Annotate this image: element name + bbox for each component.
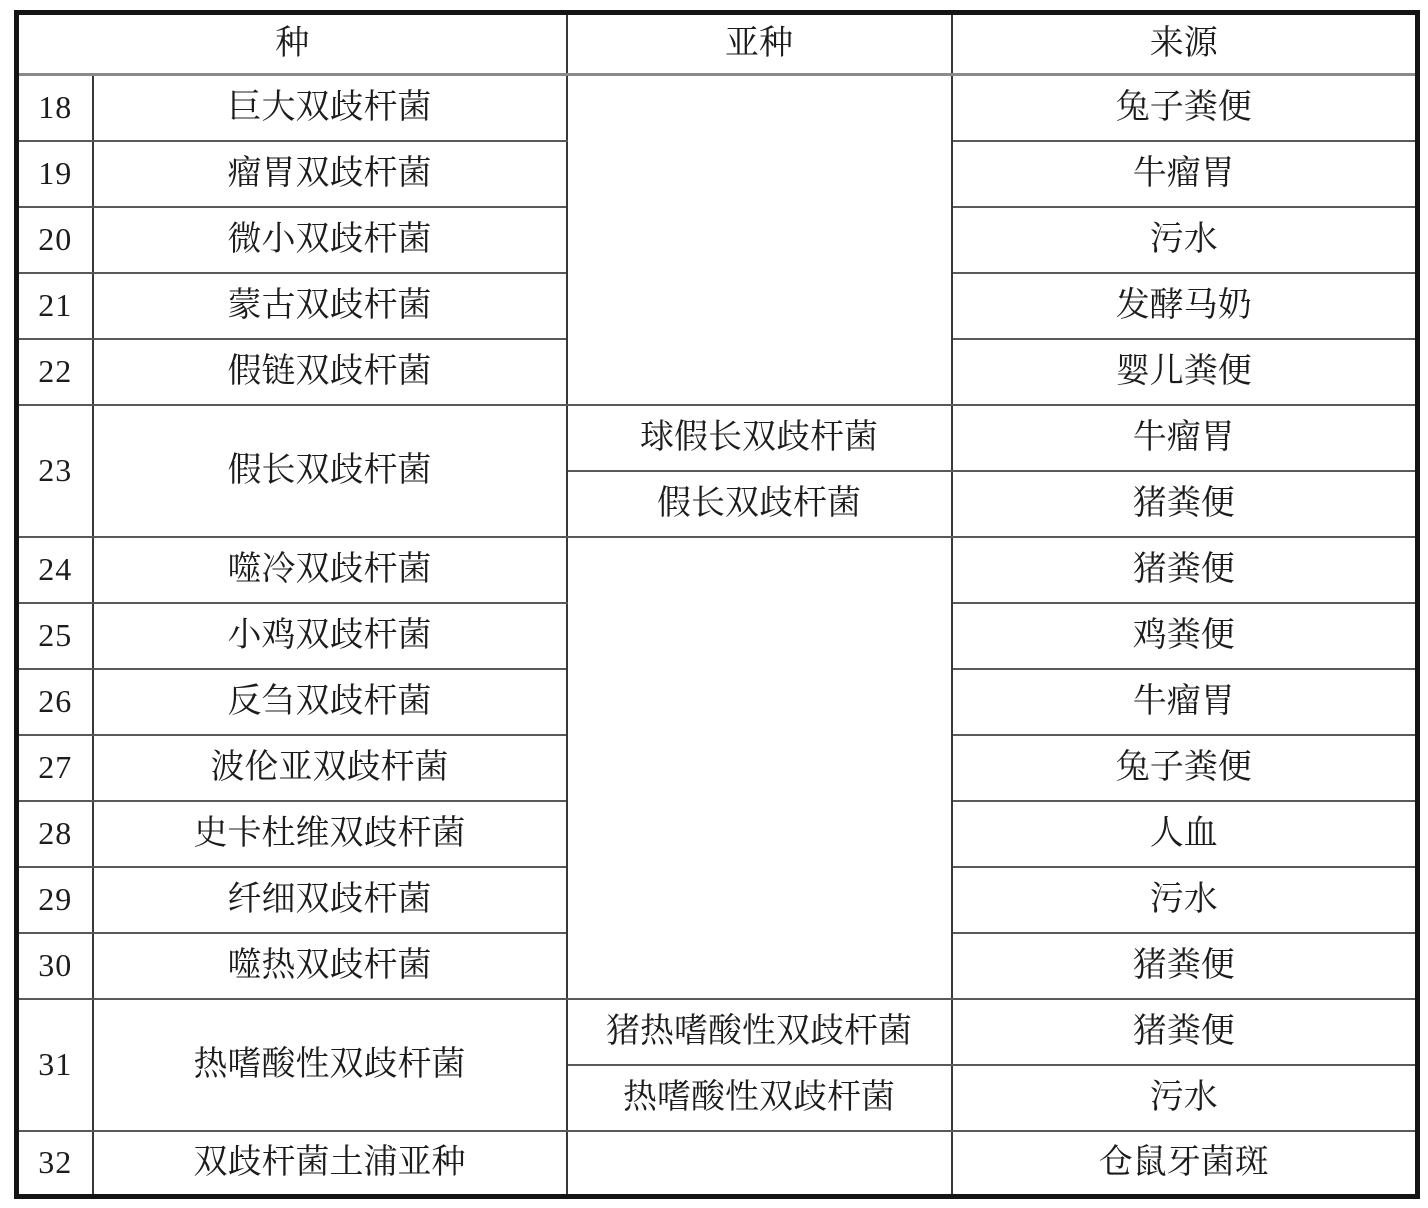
scanned-page: 种 亚种 来源 18 巨大双歧杆菌 兔子粪便 19 瘤胃双歧杆菌 牛瘤胃 20 … [0,0,1428,1208]
bifidobacteria-table: 种 亚种 来源 18 巨大双歧杆菌 兔子粪便 19 瘤胃双歧杆菌 牛瘤胃 20 … [14,10,1420,1199]
table-row: 18 巨大双歧杆菌 兔子粪便 [17,75,1418,141]
source-cell: 牛瘤胃 [952,141,1418,207]
source-cell: 兔子粪便 [952,735,1418,801]
source-cell: 牛瘤胃 [952,405,1418,471]
subspecies-cell: 假长双歧杆菌 [567,471,952,537]
header-row: 种 亚种 来源 [17,13,1418,75]
table-row: 32 双歧杆菌土浦亚种 仓鼠牙菌斑 [17,1131,1418,1197]
row-number-cell: 19 [17,141,93,207]
row-number-cell: 23 [17,405,93,537]
source-cell: 发酵马奶 [952,273,1418,339]
table-row: 31 热嗜酸性双歧杆菌 猪热嗜酸性双歧杆菌 猪粪便 [17,999,1418,1065]
subspecies-cell-empty [567,1131,952,1197]
row-number-cell: 20 [17,207,93,273]
species-cell: 噬冷双歧杆菌 [93,537,567,603]
table-row: 23 假长双歧杆菌 球假长双歧杆菌 牛瘤胃 [17,405,1418,471]
species-cell: 史卡杜维双歧杆菌 [93,801,567,867]
species-cell: 假长双歧杆菌 [93,405,567,537]
species-cell: 噬热双歧杆菌 [93,933,567,999]
source-cell: 猪粪便 [952,537,1418,603]
source-cell: 污水 [952,207,1418,273]
header-subspecies: 亚种 [567,13,952,75]
header-species: 种 [17,13,567,75]
species-cell: 小鸡双歧杆菌 [93,603,567,669]
subspecies-cell: 球假长双歧杆菌 [567,405,952,471]
source-cell: 婴儿粪便 [952,339,1418,405]
row-number-cell: 30 [17,933,93,999]
source-cell: 牛瘤胃 [952,669,1418,735]
source-cell: 猪粪便 [952,471,1418,537]
species-cell: 反刍双歧杆菌 [93,669,567,735]
header-source: 来源 [952,13,1418,75]
row-number-cell: 26 [17,669,93,735]
species-cell: 纤细双歧杆菌 [93,867,567,933]
source-cell: 猪粪便 [952,933,1418,999]
row-number-cell: 32 [17,1131,93,1197]
row-number-cell: 25 [17,603,93,669]
species-cell: 热嗜酸性双歧杆菌 [93,999,567,1131]
row-number-cell: 28 [17,801,93,867]
species-cell: 瘤胃双歧杆菌 [93,141,567,207]
subspecies-cell: 热嗜酸性双歧杆菌 [567,1065,952,1131]
source-cell: 污水 [952,1065,1418,1131]
subspecies-cell-empty [567,537,952,999]
species-cell: 蒙古双歧杆菌 [93,273,567,339]
species-cell: 波伦亚双歧杆菌 [93,735,567,801]
row-number-cell: 24 [17,537,93,603]
source-cell: 人血 [952,801,1418,867]
row-number-cell: 22 [17,339,93,405]
row-number-cell: 21 [17,273,93,339]
row-number-cell: 29 [17,867,93,933]
source-cell: 猪粪便 [952,999,1418,1065]
species-cell: 微小双歧杆菌 [93,207,567,273]
subspecies-cell-empty [567,75,952,405]
row-number-cell: 31 [17,999,93,1131]
species-cell: 假链双歧杆菌 [93,339,567,405]
source-cell: 仓鼠牙菌斑 [952,1131,1418,1197]
subspecies-cell: 猪热嗜酸性双歧杆菌 [567,999,952,1065]
species-cell: 双歧杆菌土浦亚种 [93,1131,567,1197]
row-number-cell: 27 [17,735,93,801]
species-cell: 巨大双歧杆菌 [93,75,567,141]
source-cell: 兔子粪便 [952,75,1418,141]
source-cell: 鸡粪便 [952,603,1418,669]
table-row: 24 噬冷双歧杆菌 猪粪便 [17,537,1418,603]
source-cell: 污水 [952,867,1418,933]
row-number-cell: 18 [17,75,93,141]
